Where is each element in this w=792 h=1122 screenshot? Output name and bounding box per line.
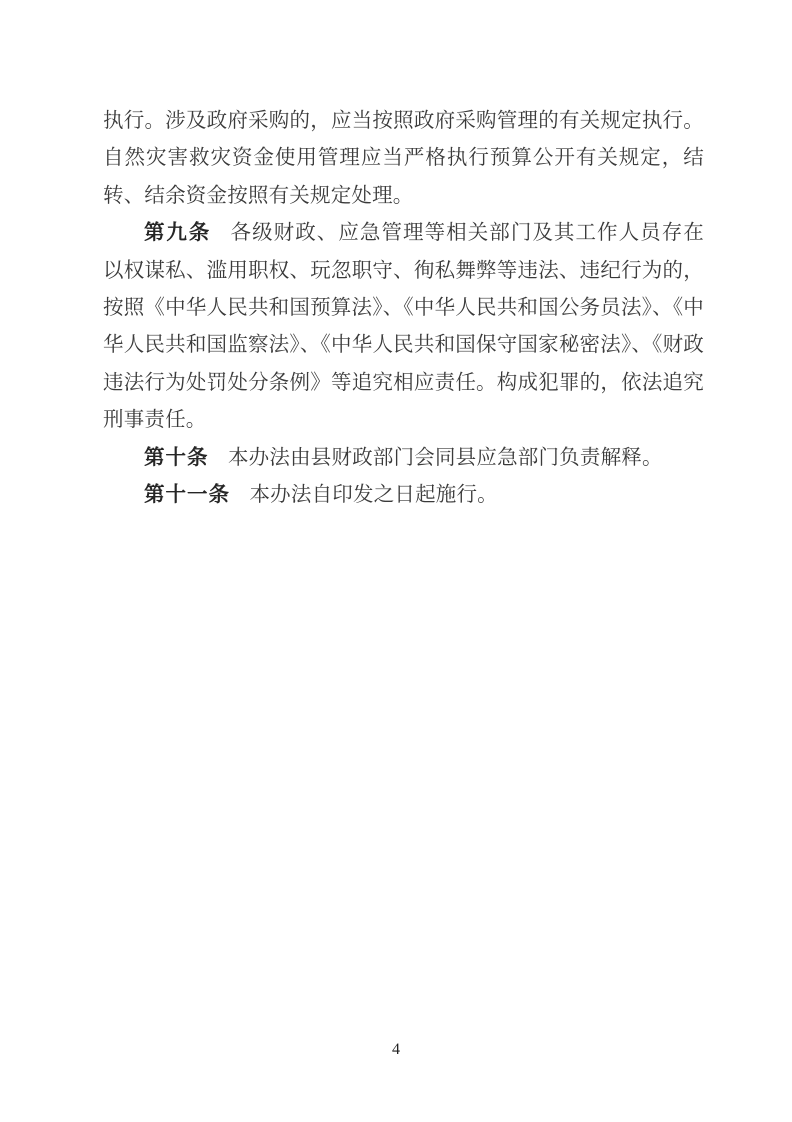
page-number: 4 [392, 1041, 400, 1058]
document-body: 执行。涉及政府采购的，应当按照政府采购管理的有关规定执行。自然灾害救灾资金使用管… [103, 103, 704, 514]
article-10-label: 第十条 [144, 447, 209, 469]
page-footer: 4 [0, 1041, 792, 1059]
paragraph-text: 本办法自印发之日起施行。 [249, 484, 497, 506]
paragraph-continuation: 执行。涉及政府采购的，应当按照政府采购管理的有关规定执行。自然灾害救灾资金使用管… [103, 103, 704, 215]
article-10-paragraph: 第十条本办法由县财政部门会同县应急部门负责解释。 [103, 440, 704, 477]
article-11-label: 第十一条 [144, 484, 230, 506]
paragraph-text: 执行。涉及政府采购的，应当按照政府采购管理的有关规定执行。自然灾害救灾资金使用管… [103, 110, 704, 207]
article-9-label: 第九条 [144, 222, 211, 244]
paragraph-text: 各级财政、应急管理等相关部门及其工作人员存在以权谋私、滥用职权、玩忽职守、徇私舞… [103, 222, 704, 431]
article-11-paragraph: 第十一条本办法自印发之日起施行。 [103, 477, 704, 514]
paragraph-text: 本办法由县财政部门会同县应急部门负责解释。 [228, 447, 663, 469]
article-9-paragraph: 第九条各级财政、应急管理等相关部门及其工作人员存在以权谋私、滥用职权、玩忽职守、… [103, 215, 704, 439]
document-page: 执行。涉及政府采购的，应当按照政府采购管理的有关规定执行。自然灾害救灾资金使用管… [0, 0, 792, 1122]
